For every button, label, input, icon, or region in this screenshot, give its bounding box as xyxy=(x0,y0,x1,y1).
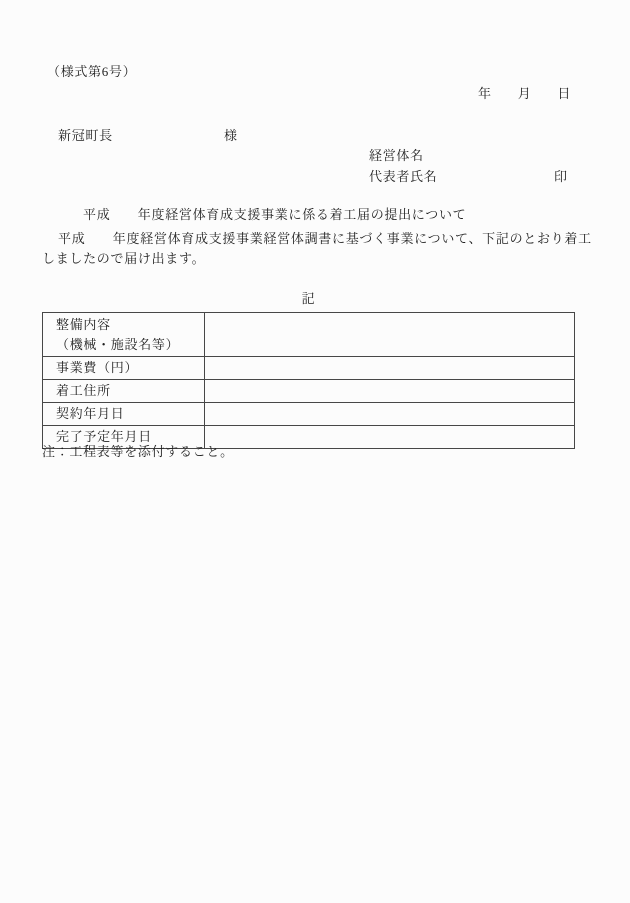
date-month-label: 月 xyxy=(518,86,532,101)
row-value xyxy=(205,426,575,449)
table-row-maintenance-content: 整備内容 （機械・施設名等） xyxy=(43,313,575,357)
addressee-name: 新冠町長 xyxy=(58,127,113,146)
date-day-label: 日 xyxy=(557,86,571,101)
body-text-line-1: 平成 年度経営体育成支援事業経営体調書に基づく事業について、下記のとおり着工 xyxy=(58,230,592,249)
document-page: （様式第6号） 年月日 新冠町長 様 経営体名 代表者氏名 印 平成 年度経営体… xyxy=(0,0,630,903)
row-label: 整備内容 （機械・施設名等） xyxy=(43,313,205,357)
row-value xyxy=(205,403,575,426)
table-row-project-cost: 事業費（円） xyxy=(43,357,575,380)
row-label: 着工住所 xyxy=(43,380,205,403)
table-row-contract-date: 契約年月日 xyxy=(43,403,575,426)
row-label: 事業費（円） xyxy=(43,357,205,380)
row-value xyxy=(205,380,575,403)
record-heading: 記 xyxy=(42,290,575,309)
table-row-construction-address: 着工住所 xyxy=(43,380,575,403)
date-year-label: 年 xyxy=(478,86,492,101)
entity-name-label: 経営体名 xyxy=(369,147,424,166)
form-number: （様式第6号） xyxy=(47,63,136,82)
body-text-line-2: しましたので届け出ます。 xyxy=(42,250,205,269)
row-value xyxy=(205,313,575,357)
representative-name-label: 代表者氏名 xyxy=(369,168,438,187)
seal-label: 印 xyxy=(554,168,568,187)
row-label: 契約年月日 xyxy=(43,403,205,426)
document-title: 平成 年度経営体育成支援事業に係る着工届の提出について xyxy=(83,206,466,225)
date-line: 年月日 xyxy=(478,85,571,104)
attachment-note: 注：工程表等を添付すること。 xyxy=(42,443,234,462)
row-value xyxy=(205,357,575,380)
addressee-honorific: 様 xyxy=(224,127,238,146)
details-table: 整備内容 （機械・施設名等） 事業費（円） 着工住所 契約年月日 完了予定年月日 xyxy=(42,312,575,449)
